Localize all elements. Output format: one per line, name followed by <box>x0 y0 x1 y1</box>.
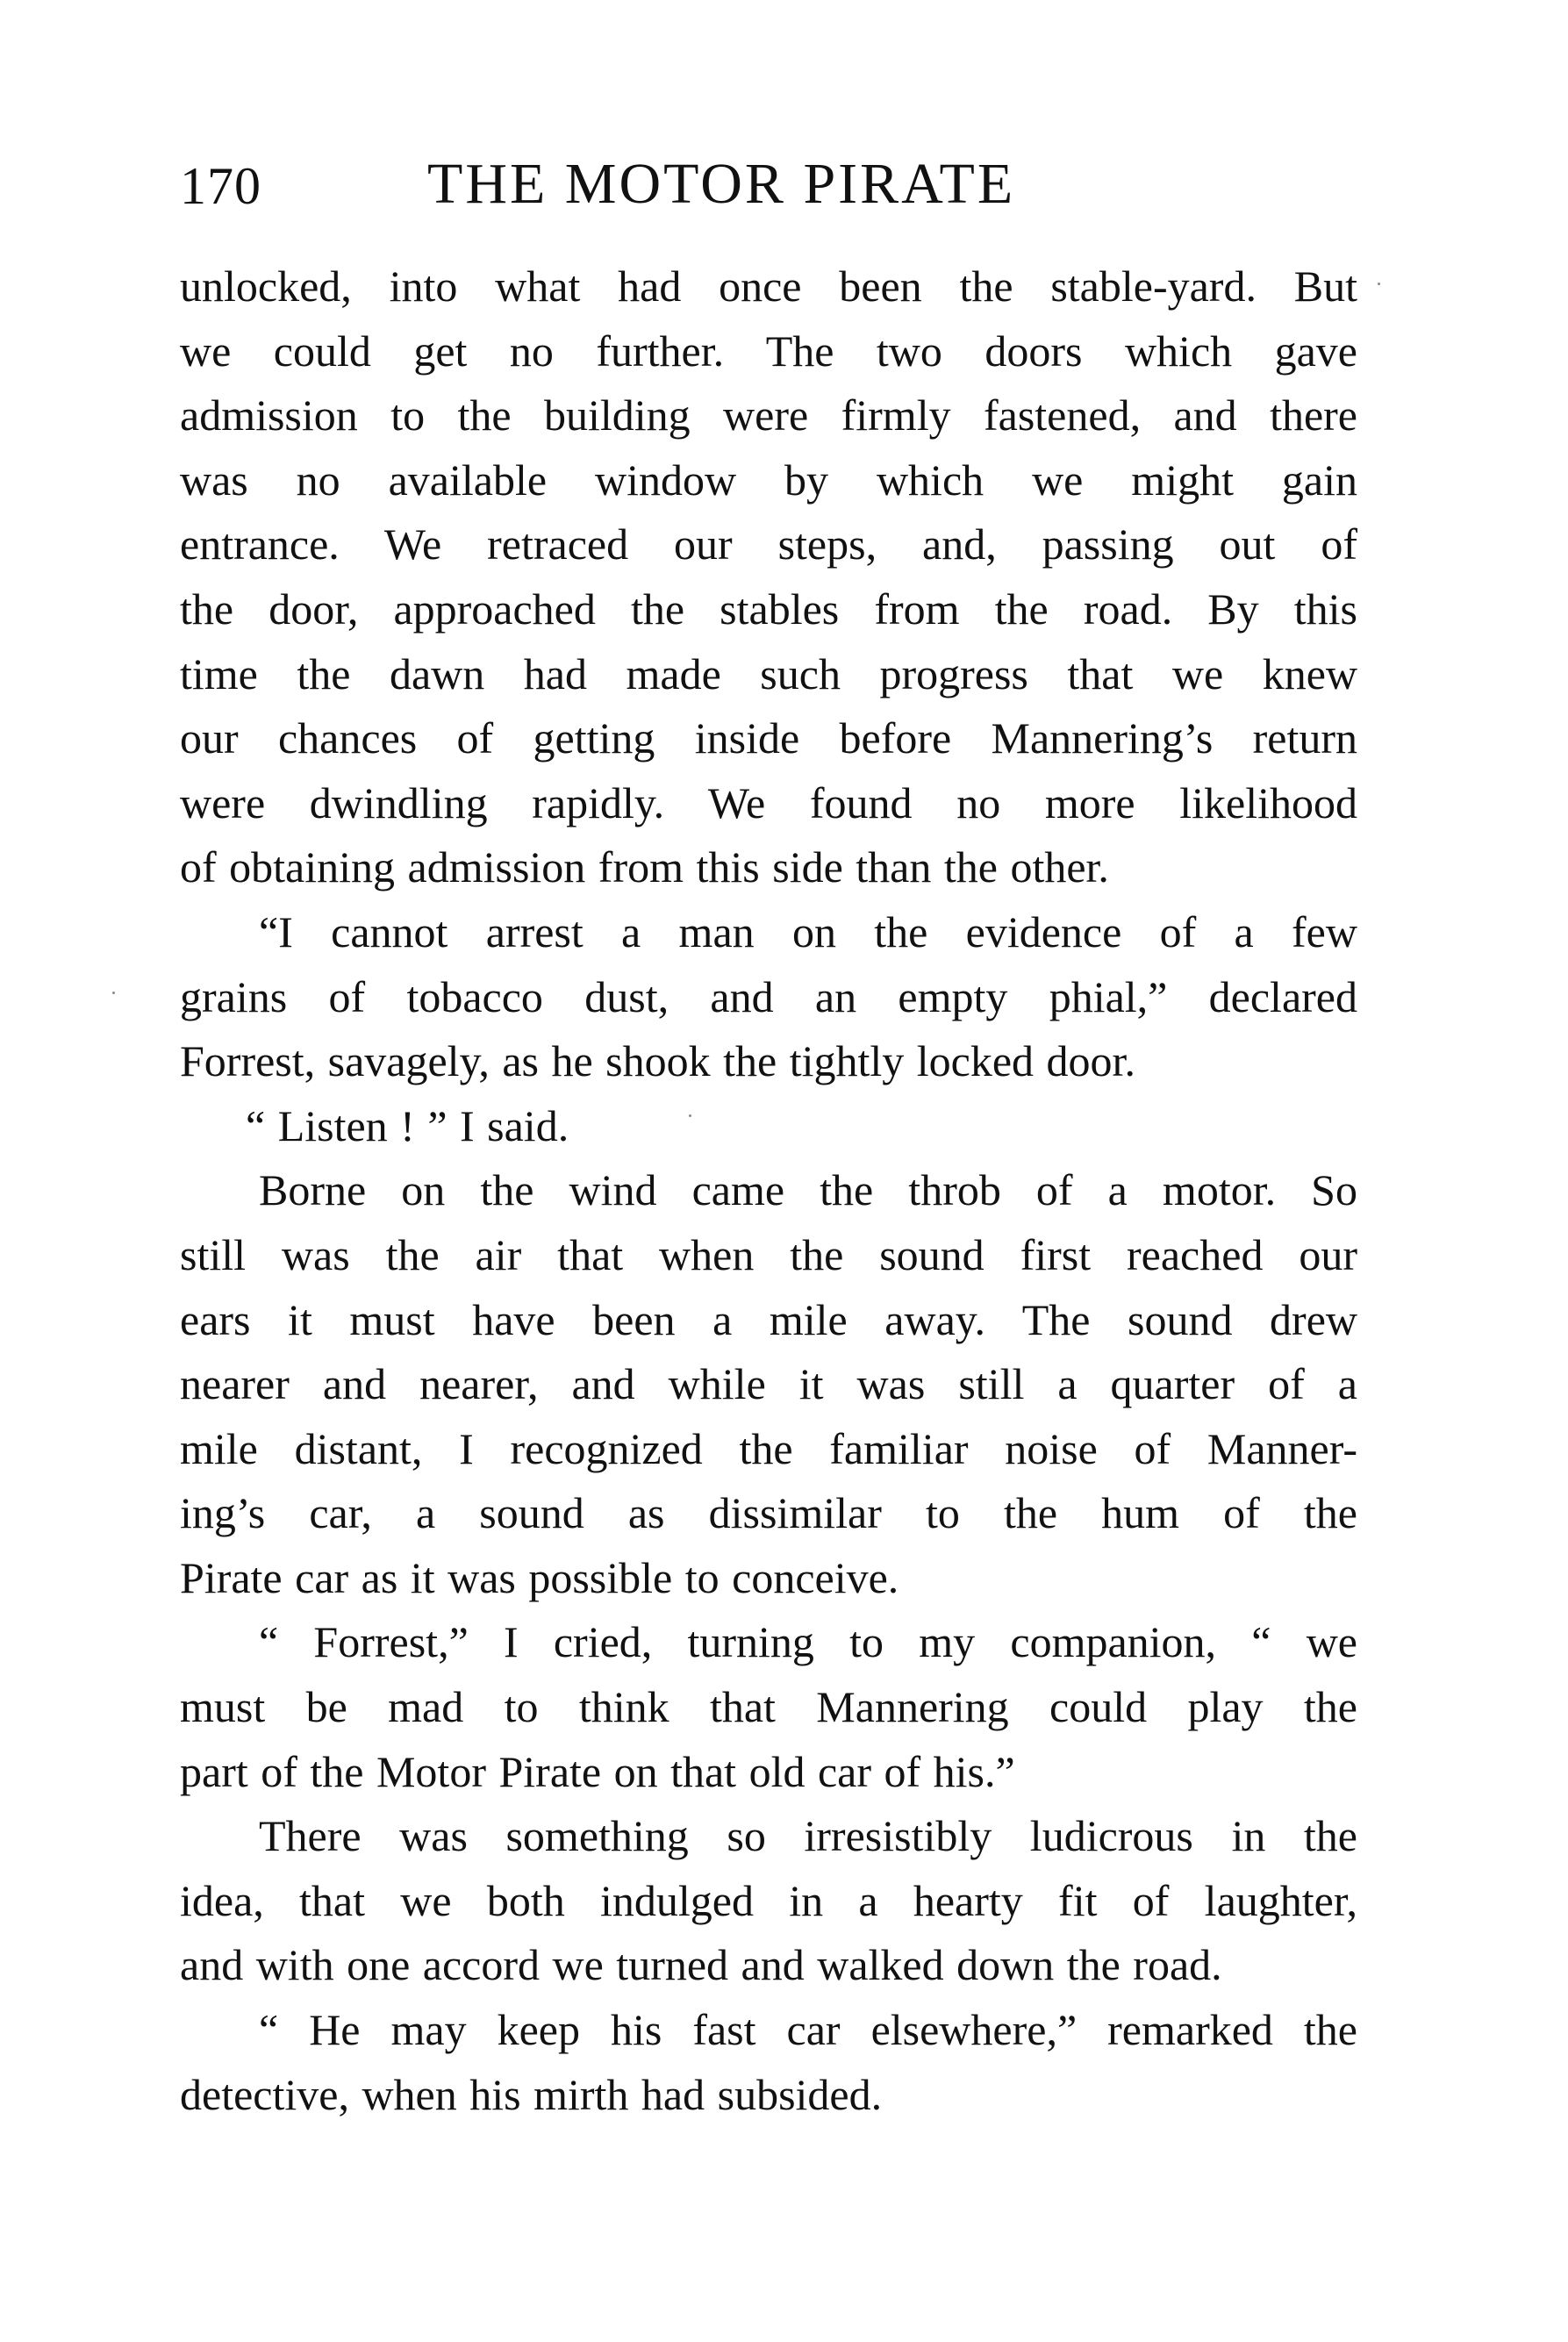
text-line: time the dawn had made such progress tha… <box>180 642 1357 707</box>
text-line: detective, when his mirth had subsided. <box>180 2063 1357 2128</box>
text-line: “ He may keep his fast car elsewhere,” r… <box>180 1998 1357 2063</box>
text-line: “I cannot arrest a man on the evidence o… <box>180 900 1357 965</box>
text-line: the door, approached the stables from th… <box>180 577 1357 642</box>
text-line: ears it must have been a mile away. The … <box>180 1288 1357 1353</box>
running-title: THE MOTOR PIRATE <box>427 151 1015 218</box>
text-line: Pirate car as it was possible to conceiv… <box>180 1546 1357 1611</box>
text-line: “ Forrest,” I cried, turning to my compa… <box>180 1610 1357 1675</box>
text-line: must be mad to think that Mannering coul… <box>180 1675 1357 1740</box>
text-line: was no available window by which we migh… <box>180 448 1357 513</box>
scan-speck <box>689 1114 691 1117</box>
body-text: unlocked, into what had once been the st… <box>180 254 1357 2127</box>
text-line: and with one accord we turned and walked… <box>180 1933 1357 1998</box>
text-line: Borne on the wind came the throb of a mo… <box>180 1158 1357 1223</box>
running-header: 170 THE MOTOR PIRATE <box>180 151 1356 221</box>
text-line: unlocked, into what had once been the st… <box>180 254 1357 319</box>
text-line: “ Listen ! ” I said. <box>180 1094 1357 1159</box>
scan-speck <box>1378 283 1380 285</box>
text-line: nearer and nearer, and while it was stil… <box>180 1352 1357 1417</box>
text-line: entrance. We retraced our steps, and, pa… <box>180 512 1357 577</box>
text-line: mile distant, I recognized the familiar … <box>180 1417 1357 1482</box>
page-number: 170 <box>180 156 261 217</box>
text-line: we could get no further. The two doors w… <box>180 319 1357 384</box>
text-line: grains of tobacco dust, and an empty phi… <box>180 965 1357 1030</box>
text-line: There was something so irresistibly ludi… <box>180 1804 1357 1869</box>
text-line: ing’s car, a sound as dissimilar to the … <box>180 1481 1357 1546</box>
text-line: Forrest, savagely, as he shook the tight… <box>180 1029 1357 1094</box>
text-line: of obtaining admission from this side th… <box>180 835 1357 900</box>
text-line: idea, that we both indulged in a hearty … <box>180 1869 1357 1934</box>
text-line: admission to the building were firmly fa… <box>180 383 1357 448</box>
text-line: still was the air that when the sound fi… <box>180 1223 1357 1288</box>
text-line: were dwindling rapidly. We found no more… <box>180 771 1357 836</box>
scan-speck <box>112 992 115 994</box>
text-line: our chances of getting inside before Man… <box>180 706 1357 771</box>
text-line: part of the Motor Pirate on that old car… <box>180 1740 1357 1805</box>
